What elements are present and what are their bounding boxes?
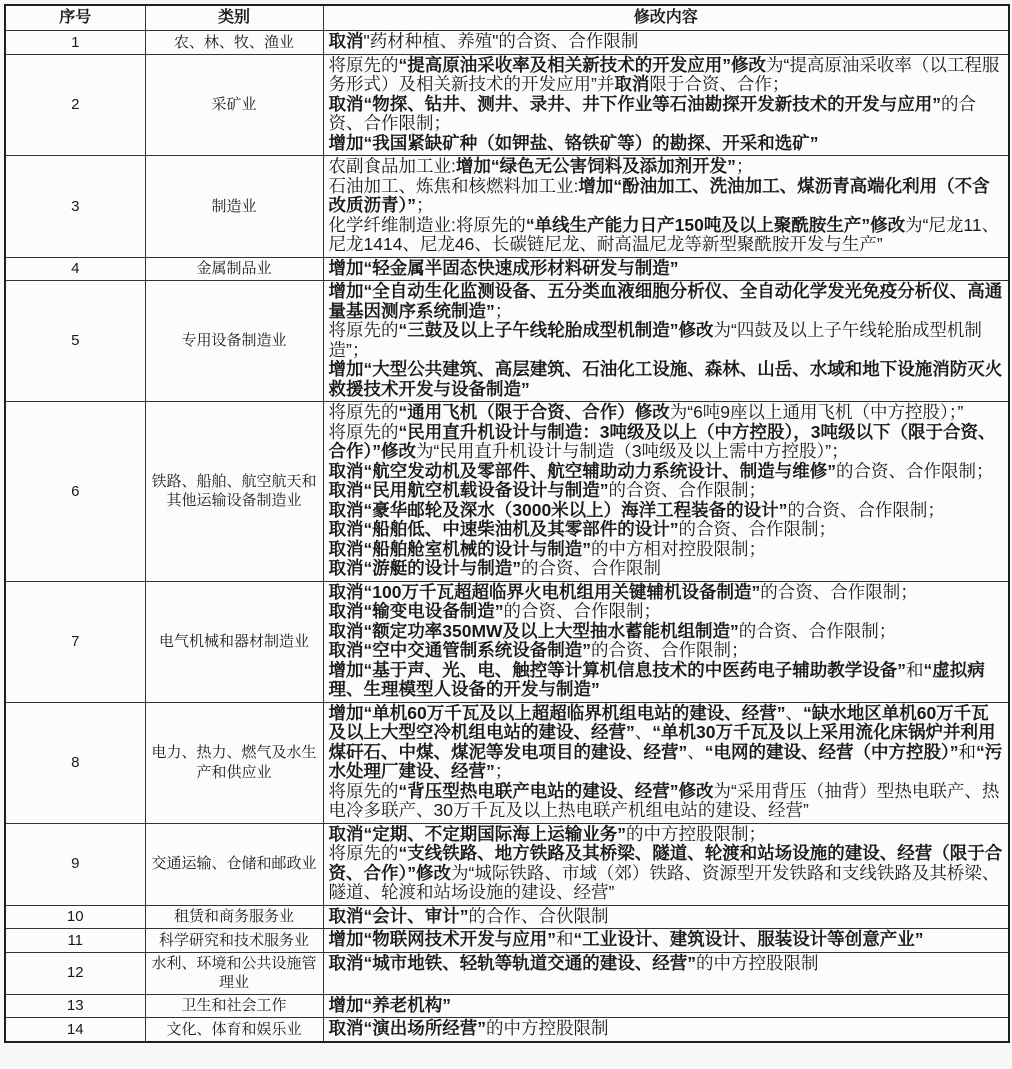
table-row: 3制造业农副食品加工业:增加“绿色无公害饲料及添加剂开发”；石油加工、炼焦和核燃… xyxy=(5,156,1009,258)
emphasized-text: 取消 xyxy=(329,582,364,602)
table-body: 1农、林、牧、渔业取消"药材种植、养殖"的合资、合作限制2采矿业将原先的“提高原… xyxy=(5,31,1009,1042)
plain-text: 、 xyxy=(635,722,653,742)
header-row: 序号 类别 修改内容 xyxy=(5,5,1009,31)
row-number-cell: 13 xyxy=(5,994,145,1018)
row-number-cell: 2 xyxy=(5,54,145,156)
plain-text: 的合资、合作限制； xyxy=(591,640,749,660)
content-cell: 取消“会计、审计”的合作、合伙限制 xyxy=(323,905,1009,929)
content-cell: 增加“物联网技术开发与应用”和“工业设计、建筑设计、服装设计等创意产业” xyxy=(323,929,1009,953)
emphasized-text: 取消 xyxy=(329,640,364,660)
emphasized-text: “三鼓及以上子午线轮胎成型机制造” xyxy=(399,320,679,340)
table-row: 7电气机械和器材制造业取消“100万千瓦超超临界火电机组用关键辅机设备制造”的合… xyxy=(5,581,1009,702)
content-paragraph: 取消“民用航空机载设备设计与制造”的合资、合作限制； xyxy=(329,481,1004,501)
content-paragraph: 取消“船舶舱室机械的设计与制造”的中方相对控股限制； xyxy=(329,540,1004,560)
content-paragraph: 石油加工、炼焦和核燃料加工业:增加“酚油加工、洗油加工、煤沥青高端化利用（不含改… xyxy=(329,177,1004,216)
emphasized-text: “我国紧缺矿种（如钾盐、铬铁矿等）的勘探、开采和选矿” xyxy=(364,133,819,153)
emphasized-text: 增加 xyxy=(329,359,364,379)
emphasized-text: 取消 xyxy=(329,461,364,481)
emphasized-text: 取消 xyxy=(329,558,364,578)
header-category: 类别 xyxy=(145,5,323,31)
emphasized-text: 修改 xyxy=(381,441,416,461)
emphasized-text: 增加 xyxy=(456,156,491,176)
table-header: 序号 类别 修改内容 xyxy=(5,5,1009,31)
row-number-cell: 9 xyxy=(5,823,145,905)
plain-text: 的中方相对控股限制； xyxy=(591,539,766,559)
content-cell: 将原先的“通用飞机（限于合资、合作）修改为“6吨9座以上通用飞机（中方控股）；”… xyxy=(323,402,1009,582)
emphasized-text: 取消 xyxy=(329,824,364,844)
emphasized-text: “物探、钻井、测井、录井、井下作业等石油勘探开发新技术的开发与应用” xyxy=(364,94,942,114)
emphasized-text: “额定功率350MW及以上大型抽水蓄能机组制造” xyxy=(364,621,739,641)
table-row: 4金属制品业增加“轻金属半固态快速成形材料研发与制造” xyxy=(5,257,1009,281)
plain-text: 将原先的 xyxy=(329,781,399,801)
plain-text: 的合资、合作限制； xyxy=(836,461,994,481)
plain-text: 为“6吨9座以上通用飞机（中方控股）；” xyxy=(670,402,964,422)
table-row: 5专用设备制造业增加“全自动生化监测设备、五分类血液细胞分析仪、全自动化学发光免… xyxy=(5,281,1009,402)
emphasized-text: “背压型热电联产电站的建设、经营” xyxy=(399,781,679,801)
emphasized-text: 取消 xyxy=(614,74,649,94)
plain-text: 的中方控股限制； xyxy=(626,824,766,844)
content-cell: 取消“城市地铁、轻轨等轨道交通的建设、经营”的中方控股限制 xyxy=(323,952,1009,994)
content-paragraph: 化学纤维制造业:将原先的“单线生产能力日产150吨及以上聚酰胺生产”修改为“尼龙… xyxy=(329,216,1004,255)
table-row: 2采矿业将原先的“提高原油采收率及相关新技术的开发应用”修改为“提高原油采收率（… xyxy=(5,54,1009,156)
content-paragraph: 农副食品加工业:增加“绿色无公害饲料及添加剂开发”； xyxy=(329,157,1004,177)
content-paragraph: 将原先的“三鼓及以上子午线轮胎成型机制造”修改为“四鼓及以上子午线轮胎成型机制造… xyxy=(329,321,1004,360)
content-paragraph: 取消“输变电设备制造”的合资、合作限制； xyxy=(329,602,1004,622)
emphasized-text: “空中交通管制系统设备制造” xyxy=(364,640,592,660)
content-paragraph: 将原先的“民用直升机设计与制造：3吨级及以上（中方控股），3吨级以下（限于合资、… xyxy=(329,423,1004,462)
table-row: 8电力、热力、燃气及水生产和供应业增加“单机60万千瓦及以上超超临界机组电站的建… xyxy=(5,702,1009,823)
category-cell: 租赁和商务服务业 xyxy=(145,905,323,929)
plain-text: 和 xyxy=(906,660,924,680)
category-cell: 卫生和社会工作 xyxy=(145,994,323,1018)
row-number-cell: 3 xyxy=(5,156,145,258)
plain-text: 和 xyxy=(556,929,574,949)
emphasized-text: “通用飞机（限于合资、合作） xyxy=(399,402,635,422)
emphasized-text: 取消 xyxy=(329,906,364,926)
content-cell: 取消“定期、不定期国际海上运输业务”的中方控股限制；将原先的“支线铁路、地方铁路… xyxy=(323,823,1009,905)
emphasized-text: “绿色无公害饲料及添加剂开发” xyxy=(491,156,736,176)
emphasized-text: 取消 xyxy=(329,500,364,520)
content-paragraph: 增加“基于声、光、电、触控等计算机信息技术的中医药电子辅助教学设备”和“虚拟病理… xyxy=(329,661,1004,700)
category-cell: 专用设备制造业 xyxy=(145,281,323,402)
content-paragraph: 取消“城市地铁、轻轨等轨道交通的建设、经营”的中方控股限制 xyxy=(329,954,1004,974)
emphasized-text: 取消 xyxy=(329,94,364,114)
content-paragraph: 取消“空中交通管制系统设备制造”的合资、合作限制； xyxy=(329,641,1004,661)
page: 序号 类别 修改内容 1农、林、牧、渔业取消"药材种植、养殖"的合资、合作限制2… xyxy=(0,0,1012,1051)
content-cell: 取消“演出场所经营”的中方控股限制 xyxy=(323,1018,1009,1042)
content-paragraph: 将原先的“背压型热电联产电站的建设、经营”修改为“采用背压（抽背）型热电联产、热… xyxy=(329,782,1004,821)
content-paragraph: 取消“定期、不定期国际海上运输业务”的中方控股限制； xyxy=(329,825,1004,845)
row-number-cell: 1 xyxy=(5,31,145,55)
emphasized-text: 修改 xyxy=(635,402,670,422)
row-number-cell: 8 xyxy=(5,702,145,823)
row-number-cell: 10 xyxy=(5,905,145,929)
emphasized-text: “游艇的设计与制造” xyxy=(364,558,522,578)
row-number-cell: 12 xyxy=(5,952,145,994)
table-row: 1农、林、牧、渔业取消"药材种植、养殖"的合资、合作限制 xyxy=(5,31,1009,55)
plain-text: ； xyxy=(495,301,513,321)
emphasized-text: 取消 xyxy=(329,1018,364,1038)
emphasized-text: 增加 xyxy=(329,281,364,301)
content-cell: 取消"药材种植、养殖"的合资、合作限制 xyxy=(323,31,1009,55)
emphasized-text: “船舶低、中速柴油机及其零部件的设计” xyxy=(364,519,679,539)
content-paragraph: 取消“会计、审计”的合作、合伙限制 xyxy=(329,907,1004,927)
category-cell: 文化、体育和娱乐业 xyxy=(145,1018,323,1042)
content-cell: 增加“轻金属半固态快速成形材料研发与制造” xyxy=(323,257,1009,281)
emphasized-text: 取消 xyxy=(329,601,364,621)
content-paragraph: 取消“航空发动机及零部件、航空辅助动力系统设计、制造与维修”的合资、合作限制； xyxy=(329,462,1004,482)
content-paragraph: 增加“物联网技术开发与应用”和“工业设计、建筑设计、服装设计等创意产业” xyxy=(329,930,1004,950)
emphasized-text: 增加 xyxy=(329,133,364,153)
content-paragraph: 取消"药材种植、养殖"的合资、合作限制 xyxy=(329,32,1004,52)
plain-text: 的合资、合作限制； xyxy=(504,601,662,621)
emphasized-text: 修改 xyxy=(679,781,714,801)
emphasized-text: 增加 xyxy=(329,258,364,278)
category-cell: 农、林、牧、渔业 xyxy=(145,31,323,55)
category-cell: 水利、环境和公共设施管理业 xyxy=(145,952,323,994)
table-row: 14文化、体育和娱乐业取消“演出场所经营”的中方控股限制 xyxy=(5,1018,1009,1042)
category-cell: 电力、热力、燃气及水生产和供应业 xyxy=(145,702,323,823)
plain-text: 、 xyxy=(785,703,803,723)
content-paragraph: 取消“额定功率350MW及以上大型抽水蓄能机组制造”的合资、合作限制； xyxy=(329,622,1004,642)
emphasized-text: 增加 xyxy=(329,703,364,723)
plain-text: 限于合资、合作； xyxy=(649,74,789,94)
plain-text: 农副食品加工业: xyxy=(329,156,456,176)
emphasized-text: 增加 xyxy=(329,929,364,949)
table-row: 11科学研究和技术服务业增加“物联网技术开发与应用”和“工业设计、建筑设计、服装… xyxy=(5,929,1009,953)
content-paragraph: 增加“养老机构” xyxy=(329,996,1004,1016)
content-paragraph: 将原先的“提高原油采收率及相关新技术的开发应用”修改为“提高原油采收率（以工程服… xyxy=(329,56,1004,95)
plain-text: 将原先的 xyxy=(329,422,399,442)
content-cell: 增加“单机60万千瓦及以上超超临界机组电站的建设、经营”、“缺水地区单机60万千… xyxy=(323,702,1009,823)
plain-text: 和 xyxy=(959,742,977,762)
plain-text: "药材种植、养殖"的合资、合作限制 xyxy=(364,31,639,51)
emphasized-text: “提高原油采收率及相关新技术的开发应用” xyxy=(399,55,732,75)
emphasized-text: 取消 xyxy=(329,953,364,973)
row-number-cell: 7 xyxy=(5,581,145,702)
content-cell: 将原先的“提高原油采收率及相关新技术的开发应用”修改为“提高原油采收率（以工程服… xyxy=(323,54,1009,156)
emphasized-text: “大型公共建筑、高层建筑、石油化工设施、森林、山岳、水域和地下设施消防灭火救援技… xyxy=(329,359,1003,399)
emphasized-text: “轻金属半固态快速成形材料研发与制造” xyxy=(364,258,679,278)
emphasized-text: “物联网技术开发与应用” xyxy=(364,929,557,949)
emphasized-text: “单机60万千瓦及以上超超临界机组电站的建设、经营” xyxy=(364,703,786,723)
plain-text: 的合资、合作限制； xyxy=(609,480,767,500)
emphasized-text: 增加 xyxy=(329,660,364,680)
plain-text: ； xyxy=(495,761,513,781)
content-paragraph: 将原先的“支线铁路、地方铁路及其桥梁、隧道、轮渡和站场设施的建设、经营（限于合资… xyxy=(329,844,1004,903)
content-cell: 取消“100万千瓦超超临界火电机组用关键辅机设备制造”的合资、合作限制；取消“输… xyxy=(323,581,1009,702)
emphasized-text: “单线生产能力日产150吨及以上聚酰胺生产” xyxy=(526,215,870,235)
plain-text: 的合资、合作限制； xyxy=(739,621,897,641)
emphasized-text: 增加 xyxy=(329,995,364,1015)
emphasized-text: “电网的建设、经营（中方控股）” xyxy=(705,742,959,762)
modification-table: 序号 类别 修改内容 1农、林、牧、渔业取消"药材种植、养殖"的合资、合作限制2… xyxy=(4,4,1010,1043)
emphasized-text: 取消 xyxy=(329,480,364,500)
content-cell: 增加“养老机构” xyxy=(323,994,1009,1018)
plain-text: 石油加工、炼焦和核燃料加工业: xyxy=(329,176,579,196)
emphasized-text: 修改 xyxy=(731,55,766,75)
emphasized-text: 取消 xyxy=(329,539,364,559)
plain-text: 、 xyxy=(687,742,705,762)
plain-text: ； xyxy=(416,195,434,215)
header-serial-number: 序号 xyxy=(5,5,145,31)
emphasized-text: “豪华邮轮及深水（3000米以上）海洋工程装备的设计” xyxy=(364,500,788,520)
emphasized-text: “工业设计、建筑设计、服装设计等创意产业” xyxy=(574,929,924,949)
content-paragraph: 取消“演出场所经营”的中方控股限制 xyxy=(329,1019,1004,1039)
row-number-cell: 6 xyxy=(5,402,145,582)
emphasized-text: 取消 xyxy=(329,31,364,51)
content-paragraph: 增加“单机60万千瓦及以上超超临界机组电站的建设、经营”、“缺水地区单机60万千… xyxy=(329,704,1004,782)
plain-text: 为“民用直升机设计与制造（3吨级及以上需中方控股）”； xyxy=(416,441,849,461)
emphasized-text: “民用航空机载设备设计与制造” xyxy=(364,480,609,500)
plain-text: 的中方控股限制 xyxy=(696,953,819,973)
emphasized-text: 修改 xyxy=(416,863,451,883)
emphasized-text: 修改 xyxy=(870,215,905,235)
plain-text: 化学纤维制造业:将原先的 xyxy=(329,215,526,235)
content-paragraph: 增加“大型公共建筑、高层建筑、石油化工设施、森林、山岳、水域和地下设施消防灭火救… xyxy=(329,360,1004,399)
table-row: 12水利、环境和公共设施管理业取消“城市地铁、轻轨等轨道交通的建设、经营”的中方… xyxy=(5,952,1009,994)
row-number-cell: 14 xyxy=(5,1018,145,1042)
plain-text: 的合资、合作限制； xyxy=(679,519,837,539)
plain-text: 将原先的 xyxy=(329,55,399,75)
emphasized-text: “全自动生化监测设备、五分类血液细胞分析仪、全自动化学发光免疫分析仪、高通量基因… xyxy=(329,281,1003,321)
category-cell: 金属制品业 xyxy=(145,257,323,281)
emphasized-text: “100万千瓦超超临界火电机组用关键辅机设备制造” xyxy=(364,582,761,602)
category-cell: 科学研究和技术服务业 xyxy=(145,929,323,953)
content-paragraph: 取消“100万千瓦超超临界火电机组用关键辅机设备制造”的合资、合作限制； xyxy=(329,583,1004,603)
plain-text: 将原先的 xyxy=(329,843,399,863)
content-paragraph: 增加“我国紧缺矿种（如钾盐、铬铁矿等）的勘探、开采和选矿” xyxy=(329,134,1004,154)
table-row: 13卫生和社会工作增加“养老机构” xyxy=(5,994,1009,1018)
content-paragraph: 取消“豪华邮轮及深水（3000米以上）海洋工程装备的设计”的合资、合作限制； xyxy=(329,501,1004,521)
plain-text: 将原先的 xyxy=(329,320,399,340)
content-paragraph: 取消“船舶低、中速柴油机及其零部件的设计”的合资、合作限制； xyxy=(329,520,1004,540)
category-cell: 电气机械和器材制造业 xyxy=(145,581,323,702)
emphasized-text: “航空发动机及零部件、航空辅助动力系统设计、制造与维修” xyxy=(364,461,837,481)
emphasized-text: “养老机构” xyxy=(364,995,452,1015)
header-modification-content: 修改内容 xyxy=(323,5,1009,31)
row-number-cell: 4 xyxy=(5,257,145,281)
emphasized-text: “船舶舱室机械的设计与制造” xyxy=(364,539,592,559)
emphasized-text: 取消 xyxy=(329,519,364,539)
emphasized-text: 取消 xyxy=(329,621,364,641)
emphasized-text: “城市地铁、轻轨等轨道交通的建设、经营” xyxy=(364,953,697,973)
category-cell: 交通运输、仓储和邮政业 xyxy=(145,823,323,905)
content-cell: 农副食品加工业:增加“绿色无公害饲料及添加剂开发”；石油加工、炼焦和核燃料加工业… xyxy=(323,156,1009,258)
content-paragraph: 取消“游艇的设计与制造”的合资、合作限制 xyxy=(329,559,1004,579)
table-row: 9交通运输、仓储和邮政业取消“定期、不定期国际海上运输业务”的中方控股限制；将原… xyxy=(5,823,1009,905)
category-cell: 制造业 xyxy=(145,156,323,258)
table-row: 6铁路、船舶、航空航天和其他运输设备制造业将原先的“通用飞机（限于合资、合作）修… xyxy=(5,402,1009,582)
content-paragraph: 将原先的“通用飞机（限于合资、合作）修改为“6吨9座以上通用飞机（中方控股）；” xyxy=(329,403,1004,423)
row-number-cell: 5 xyxy=(5,281,145,402)
emphasized-text: “定期、不定期国际海上运输业务” xyxy=(364,824,627,844)
emphasized-text: “演出场所经营” xyxy=(364,1018,487,1038)
table-row: 10租赁和商务服务业取消“会计、审计”的合作、合伙限制 xyxy=(5,905,1009,929)
emphasized-text: “基于声、光、电、触控等计算机信息技术的中医药电子辅助教学设备” xyxy=(364,660,907,680)
category-cell: 铁路、船舶、航空航天和其他运输设备制造业 xyxy=(145,402,323,582)
category-cell: 采矿业 xyxy=(145,54,323,156)
plain-text: 将原先的 xyxy=(329,402,399,422)
plain-text: 的合资、合作限制； xyxy=(787,500,945,520)
emphasized-text: 增加 xyxy=(578,176,613,196)
plain-text: 的合资、合作限制 xyxy=(521,558,661,578)
content-cell: 增加“全自动生化监测设备、五分类血液细胞分析仪、全自动化学发光免疫分析仪、高通量… xyxy=(323,281,1009,402)
emphasized-text: 修改 xyxy=(679,320,714,340)
plain-text: 的中方控股限制 xyxy=(486,1018,609,1038)
emphasized-text: “输变电设备制造” xyxy=(364,601,504,621)
plain-text: 的合作、合伙限制 xyxy=(469,906,609,926)
emphasized-text: “会计、审计” xyxy=(364,906,469,926)
content-paragraph: 增加“轻金属半固态快速成形材料研发与制造” xyxy=(329,259,1004,279)
row-number-cell: 11 xyxy=(5,929,145,953)
plain-text: ； xyxy=(736,156,754,176)
content-paragraph: 增加“全自动生化监测设备、五分类血液细胞分析仪、全自动化学发光免疫分析仪、高通量… xyxy=(329,282,1004,321)
content-paragraph: 取消“物探、钻井、测井、录井、井下作业等石油勘探开发新技术的开发与应用”的合资、… xyxy=(329,95,1004,134)
plain-text: 的合资、合作限制； xyxy=(760,582,918,602)
